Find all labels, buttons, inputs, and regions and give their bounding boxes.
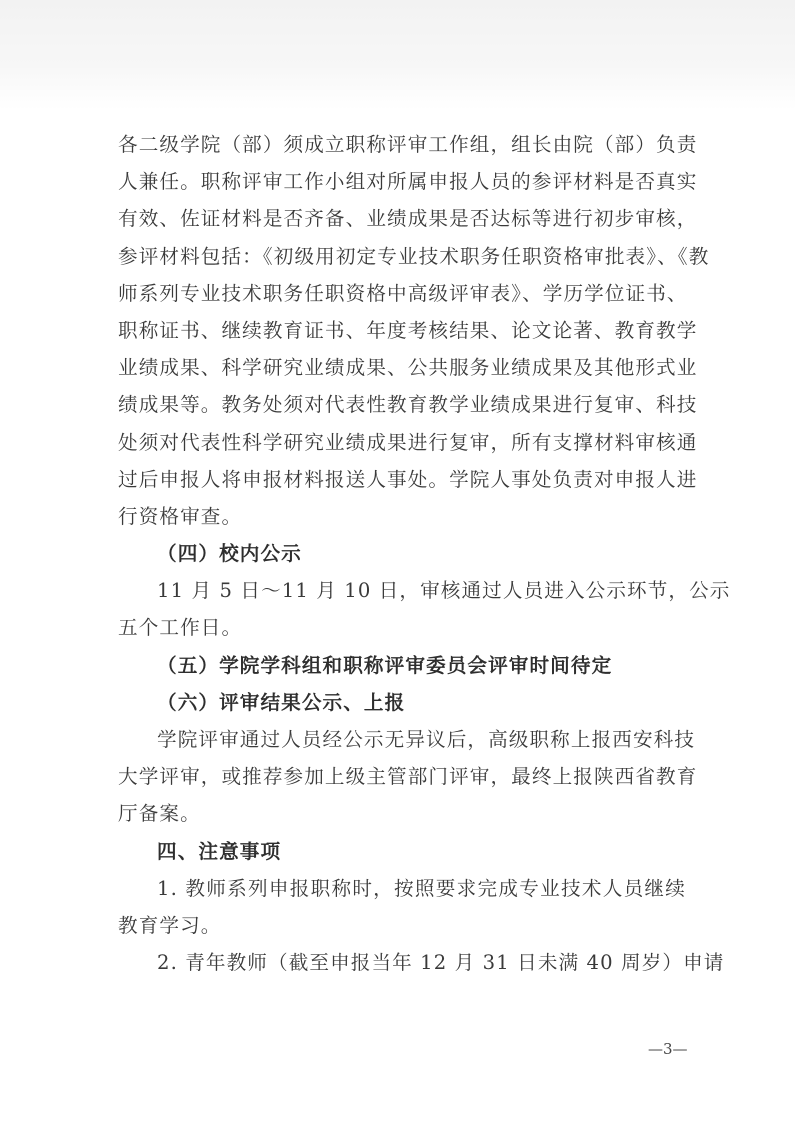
paragraph-review-materials: 各二级学院（部）须成立职称评审工作组，组长由院（部）负责 人兼任。职称评审工作小… xyxy=(118,126,686,535)
text-line: 各二级学院（部）须成立职称评审工作组，组长由院（部）负责 xyxy=(118,126,686,163)
paragraph-publicity-dates: 11 月 5 日～11 月 10 日，审核通过人员进入公示环节，公示 五个工作日… xyxy=(118,572,686,646)
text-line: 人兼任。职称评审工作小组对所属申报人员的参评材料是否真实 xyxy=(118,163,686,200)
section-heading-notes: 四、注意事项 xyxy=(118,833,686,870)
paragraph-note-2: 2. 青年教师（截至申报当年 12 月 31 日未满 40 周岁）申请 xyxy=(118,944,686,981)
text-line: 业绩成果、科学研究业绩成果、公共服务业绩成果及其他形式业 xyxy=(118,349,686,386)
section-heading-review-time: （五）学院学科组和职称评审委员会评审时间待定 xyxy=(118,647,686,684)
text-line: 厅备案。 xyxy=(118,795,686,832)
page-number: —3— xyxy=(648,1040,688,1058)
section-heading-results-report: （六）评审结果公示、上报 xyxy=(118,684,686,721)
text-line: 1. 教师系列申报职称时，按照要求完成专业技术人员继续 xyxy=(118,870,686,907)
paragraph-results-report: 学院评审通过人员经公示无异议后，高级职称上报西安科技 大学评审，或推荐参加上级主… xyxy=(118,721,686,833)
text-line: 职称证书、继续教育证书、年度考核结果、论文论著、教育教学 xyxy=(118,312,686,349)
text-line: 处须对代表性科学研究业绩成果进行复审，所有支撑材料审核通 xyxy=(118,424,686,461)
text-line: 过后申报人将申报材料报送人事处。学院人事处负责对申报人进 xyxy=(118,461,686,498)
scan-shading xyxy=(0,0,795,110)
text-line: 11 月 5 日～11 月 10 日，审核通过人员进入公示环节，公示 xyxy=(118,572,686,609)
text-line: 教育学习。 xyxy=(118,907,686,944)
text-line: 师系列专业技术职务任职资格中高级评审表》、学历学位证书、 xyxy=(118,275,686,312)
section-heading-campus-publicity: （四）校内公示 xyxy=(118,535,686,572)
text-line: 绩成果等。教务处须对代表性教育教学业绩成果进行复审、科技 xyxy=(118,386,686,423)
paragraph-note-1: 1. 教师系列申报职称时，按照要求完成专业技术人员继续 教育学习。 xyxy=(118,870,686,944)
text-line: 学院评审通过人员经公示无异议后，高级职称上报西安科技 xyxy=(118,721,686,758)
text-line: 大学评审，或推荐参加上级主管部门评审，最终上报陕西省教育 xyxy=(118,758,686,795)
text-line: 行资格审查。 xyxy=(118,498,686,535)
text-line: 参评材料包括：《初级用初定专业技术职务任职资格审批表》、《教 xyxy=(118,238,686,275)
document-page: 各二级学院（部）须成立职称评审工作组，组长由院（部）负责 人兼任。职称评审工作小… xyxy=(118,126,686,981)
text-line: 有效、佐证材料是否齐备、业绩成果是否达标等进行初步审核， xyxy=(118,200,686,237)
text-line: 2. 青年教师（截至申报当年 12 月 31 日未满 40 周岁）申请 xyxy=(118,944,686,981)
text-line: 五个工作日。 xyxy=(118,609,686,646)
